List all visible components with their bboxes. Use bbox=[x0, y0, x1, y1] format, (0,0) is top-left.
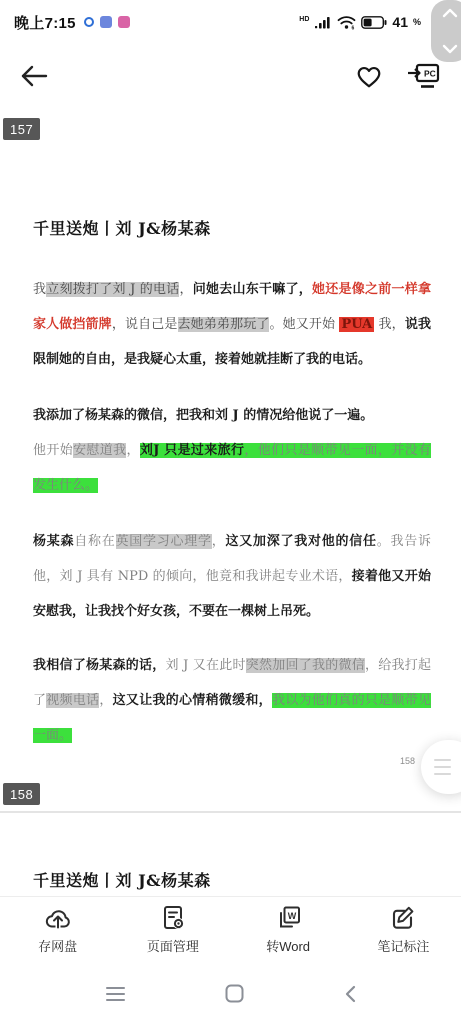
status-bar: 晚上7:15 HD 6 bbox=[0, 0, 461, 44]
save-to-cloud-button[interactable]: 存网盘 bbox=[0, 897, 115, 963]
toolbar-label: 转Word bbox=[266, 936, 310, 955]
status-indicators: HD 6 41% bbox=[299, 14, 447, 30]
document-title: 千里送炮丨刘 J&杨某森 bbox=[33, 216, 211, 239]
home-button[interactable] bbox=[225, 984, 244, 1003]
wifi-icon: 6 bbox=[337, 15, 356, 30]
toolbar-label: 存网盘 bbox=[38, 936, 77, 955]
record-dot-icon bbox=[84, 17, 94, 27]
doc-paragraph-3: 杨某森自称在英国学习心理学，这又加深了我对他的信任。我告诉他，刘 J 具有 NP… bbox=[33, 524, 431, 629]
app-notification-icon-2 bbox=[118, 16, 130, 28]
app-notification-icon bbox=[100, 16, 112, 28]
page-scroll-pill[interactable] bbox=[431, 0, 461, 62]
menu-icon bbox=[106, 987, 125, 1001]
cloud-upload-icon bbox=[43, 905, 73, 931]
page-divider bbox=[0, 811, 461, 813]
toolbar-label: 页面管理 bbox=[147, 936, 199, 955]
doc-paragraph-1: 我立刻拨打了刘 J 的电话，问她去山东干嘛了，她还是像之前一样拿家人做挡箭牌，说… bbox=[33, 272, 431, 377]
doc-paragraph-2: 我添加了杨某森的微信，把我和刘 J 的情况给他说了一遍。他开始安慰道我，刘J 只… bbox=[33, 398, 431, 503]
chevron-left-icon bbox=[344, 985, 356, 1003]
heart-icon bbox=[355, 63, 383, 89]
recents-button[interactable] bbox=[106, 987, 125, 1001]
note-annotate-button[interactable]: 笔记标注 bbox=[346, 897, 461, 963]
handle-line bbox=[434, 773, 451, 775]
word-convert-icon: W bbox=[273, 905, 303, 931]
battery-icon bbox=[361, 16, 387, 29]
back-button[interactable] bbox=[20, 64, 48, 88]
note-annotate-icon bbox=[388, 905, 418, 931]
handle-line bbox=[434, 766, 451, 768]
handle-line bbox=[434, 759, 451, 761]
svg-text:W: W bbox=[288, 911, 297, 921]
signal-strength-icon bbox=[314, 15, 332, 29]
home-square-icon bbox=[225, 984, 244, 1003]
favorite-button[interactable] bbox=[355, 63, 383, 89]
send-to-pc-icon: PC bbox=[407, 61, 441, 91]
hd-volte-icon: HD bbox=[299, 16, 309, 23]
printed-page-number: 158 bbox=[400, 756, 415, 766]
top-toolbar: PC bbox=[0, 44, 461, 108]
back-nav-button[interactable] bbox=[344, 985, 356, 1003]
chevron-up-icon[interactable] bbox=[442, 8, 458, 18]
clock: 晚上7:15 bbox=[14, 12, 76, 33]
back-arrow-icon bbox=[20, 64, 48, 88]
page-number-badge-157: 157 bbox=[3, 118, 40, 140]
convert-word-button[interactable]: W 转Word bbox=[231, 897, 346, 963]
battery-percent: 41 bbox=[392, 14, 408, 30]
toolbar-label: 笔记标注 bbox=[377, 936, 429, 955]
svg-text:PC: PC bbox=[424, 69, 436, 79]
document-title-page158: 千里送炮丨刘 J&杨某森 bbox=[33, 868, 211, 891]
page-manage-button[interactable]: 页面管理 bbox=[115, 897, 230, 963]
send-to-pc-button[interactable]: PC bbox=[407, 61, 441, 91]
android-nav-bar bbox=[0, 963, 461, 1024]
page-number-badge-158: 158 bbox=[3, 783, 40, 805]
side-menu-handle[interactable] bbox=[421, 740, 461, 794]
svg-text:6: 6 bbox=[352, 25, 355, 30]
page-manage-icon bbox=[158, 905, 188, 931]
bottom-toolbar: 存网盘 页面管理 W 转Word bbox=[0, 897, 461, 963]
notification-icons bbox=[84, 16, 130, 28]
chevron-down-icon[interactable] bbox=[442, 44, 458, 54]
doc-paragraph-4: 我相信了杨某森的话，刘 J 又在此时突然加回了我的微信，给我打起了视频电话，这又… bbox=[33, 648, 431, 753]
app-screen: 晚上7:15 HD 6 bbox=[0, 0, 461, 1024]
